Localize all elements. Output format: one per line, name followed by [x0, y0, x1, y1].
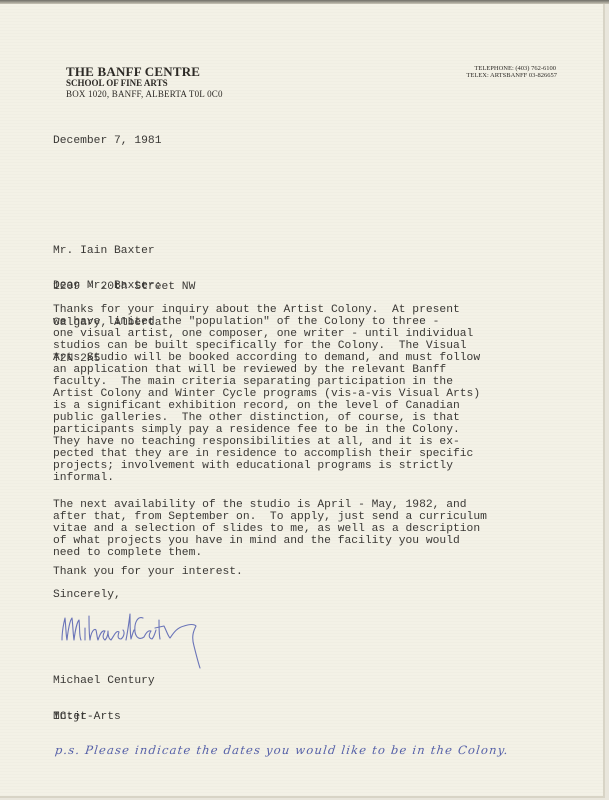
paragraph-line: vitae and a selection of slides to me, a… — [53, 523, 487, 535]
paragraph-line: Thanks for your inquiry about the Artist… — [53, 304, 480, 316]
paragraph-line: Arts Studio will be booked according to … — [53, 352, 480, 364]
paragraph-line: The next availability of the studio is A… — [53, 499, 487, 511]
paragraph-line: of what projects you have in mind and th… — [53, 535, 487, 547]
handwritten-postscript: p.s. Please indicate the dates you would… — [54, 743, 509, 757]
paragraph-line: is a significant exhibition record, on t… — [53, 400, 480, 412]
paragraph-line: informal. — [53, 472, 480, 484]
salutation: Dear Mr. Baxter: — [53, 280, 161, 292]
thank-you-line: Thank you for your interest. — [53, 566, 243, 578]
paragraph-line: Artist Colony and Winter Cycle programs … — [53, 388, 480, 400]
letterhead-telephone: TELEPHONE: (403) 762-6100 — [474, 65, 556, 72]
body-paragraph-1: Thanks for your inquiry about the Artist… — [53, 304, 480, 484]
paragraph-line: participants simply pay a residence fee … — [53, 424, 480, 436]
letterhead-telex: TELEX: ARTSBANFF 03-826657 — [466, 72, 557, 79]
letter-page: THE BANFF CENTRE SCHOOL OF FINE ARTS BOX… — [0, 0, 605, 798]
signer-block: Michael Century Inter-Arts — [53, 651, 155, 747]
closing: Sincerely, — [53, 589, 121, 601]
paragraph-line: after that, from September on. To apply,… — [53, 511, 487, 523]
paragraph-line: faculty. The main criteria separating pa… — [53, 376, 480, 388]
letterhead-address: BOX 1020, BANFF, ALBERTA T0L 0C0 — [66, 89, 223, 99]
body-paragraph-2: The next availability of the studio is A… — [53, 499, 487, 559]
typist-initials: MC:jt — [53, 711, 87, 723]
paragraph-line: pected that they are in residence to acc… — [53, 448, 480, 460]
paragraph-line: public galleries. The other distinction,… — [53, 412, 480, 424]
recipient-name: Mr. Iain Baxter — [53, 245, 195, 257]
page-edge-shadow — [0, 0, 609, 4]
paragraph-line: studios can be built specifically for th… — [53, 340, 480, 352]
paragraph-line: an application that will be reviewed by … — [53, 364, 480, 376]
letter-date: December 7, 1981 — [53, 135, 161, 147]
paragraph-line: we have limited the "population" of the … — [53, 316, 480, 328]
paragraph-line: one visual artist, one composer, one wri… — [53, 328, 480, 340]
signer-name: Michael Century — [53, 675, 155, 687]
paragraph-line: They have no teaching responsibilities a… — [53, 436, 480, 448]
paragraph-line: need to complete them. — [53, 547, 487, 559]
letterhead-school: SCHOOL OF FINE ARTS — [66, 78, 168, 88]
paragraph-line: projects; involvement with educational p… — [53, 460, 480, 472]
